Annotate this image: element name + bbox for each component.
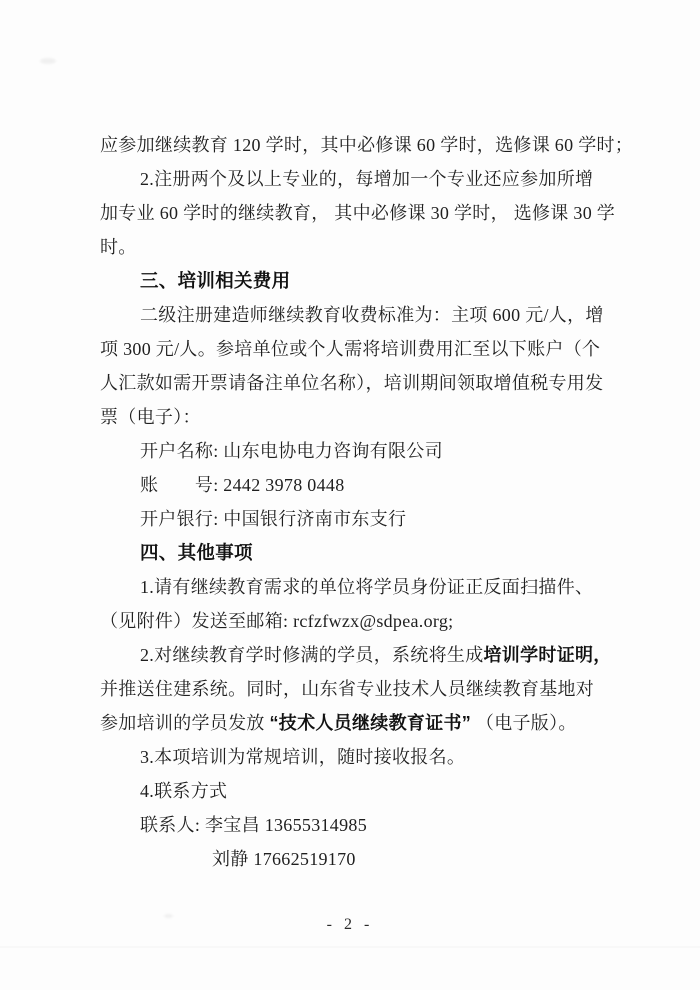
other-item2-line-2: 并推送住建系统。同时，山东省专业技术人员继续教育基地对 [100,672,628,706]
fees-line-3: 人汇款如需开票请备注单位名称），培训期间领取增值税专用发 [100,366,628,400]
item2-line3-text2: （电子版）。 [471,713,577,733]
contact-line-1: 联系人: 李宝昌 13655314985 [100,808,628,842]
other-item2-line-3: 参加培训的学员发放 “技术人员继续教育证书” （电子版）。 [100,706,628,740]
item2-line3-text1: 参加培训的学员发放 [100,713,270,733]
other-item4-line: 4.联系方式 [100,774,628,808]
other-item1-line-2: （见附件）发送至邮箱: rcfzfwzx@sdpea.org; [100,604,628,638]
scan-artifact [0,946,700,948]
fees-line-4: 票（电子）： [100,400,628,434]
document-page: 应参加继续教育 120 学时，其中必修课 60 学时，选修课 60 学时； 2.… [0,0,700,990]
account-name-line: 开户名称: 山东电协电力咨询有限公司 [100,434,628,468]
account-number-line: 账 号: 2442 3978 0448 [100,468,628,502]
scan-artifact [164,914,173,918]
other-section-heading: 四、其他事项 [100,536,628,570]
other-item3-line: 3.本项培训为常规培训，随时接收报名。 [100,740,628,774]
intro-line-1: 应参加继续教育 120 学时，其中必修课 60 学时，选修课 60 学时； [100,128,628,162]
contact-line-2: 刘静 17662519170 [100,842,628,876]
fees-line-2: 项 300 元/人。参培单位或个人需将培训费用汇至以下账户（个 [100,332,628,366]
document-body: 应参加继续教育 120 学时，其中必修课 60 学时，选修课 60 学时； 2.… [100,128,628,876]
intro-line-2: 2.注册两个及以上专业的，每增加一个专业还应参加所增 [100,162,628,196]
intro-line-3: 加专业 60 学时的继续教育， 其中必修课 30 学时， 选修课 30 学 [100,196,628,230]
item2-line1-text: 2.对继续教育学时修满的学员，系统将生成 [140,645,484,665]
scan-artifact [40,58,56,64]
other-item2-line-1: 2.对继续教育学时修满的学员，系统将生成培训学时证明， [100,638,628,672]
item2-line3-bold-phrase: “技术人员继续教育证书” [270,713,472,733]
bank-name-line: 开户银行: 中国银行济南市东支行 [100,502,628,536]
intro-line-4: 时。 [100,230,628,264]
fees-section-heading: 三、培训相关费用 [100,264,628,298]
page-number: - 2 - [0,916,700,934]
other-item1-line-1: 1.请有继续教育需求的单位将学员身份证正反面扫描件、 [100,570,628,604]
item2-line1-bold-phrase: 培训学时证明， [484,645,612,665]
fees-line-1: 二级注册建造师继续教育收费标准为：主项 600 元/人，增 [100,298,628,332]
